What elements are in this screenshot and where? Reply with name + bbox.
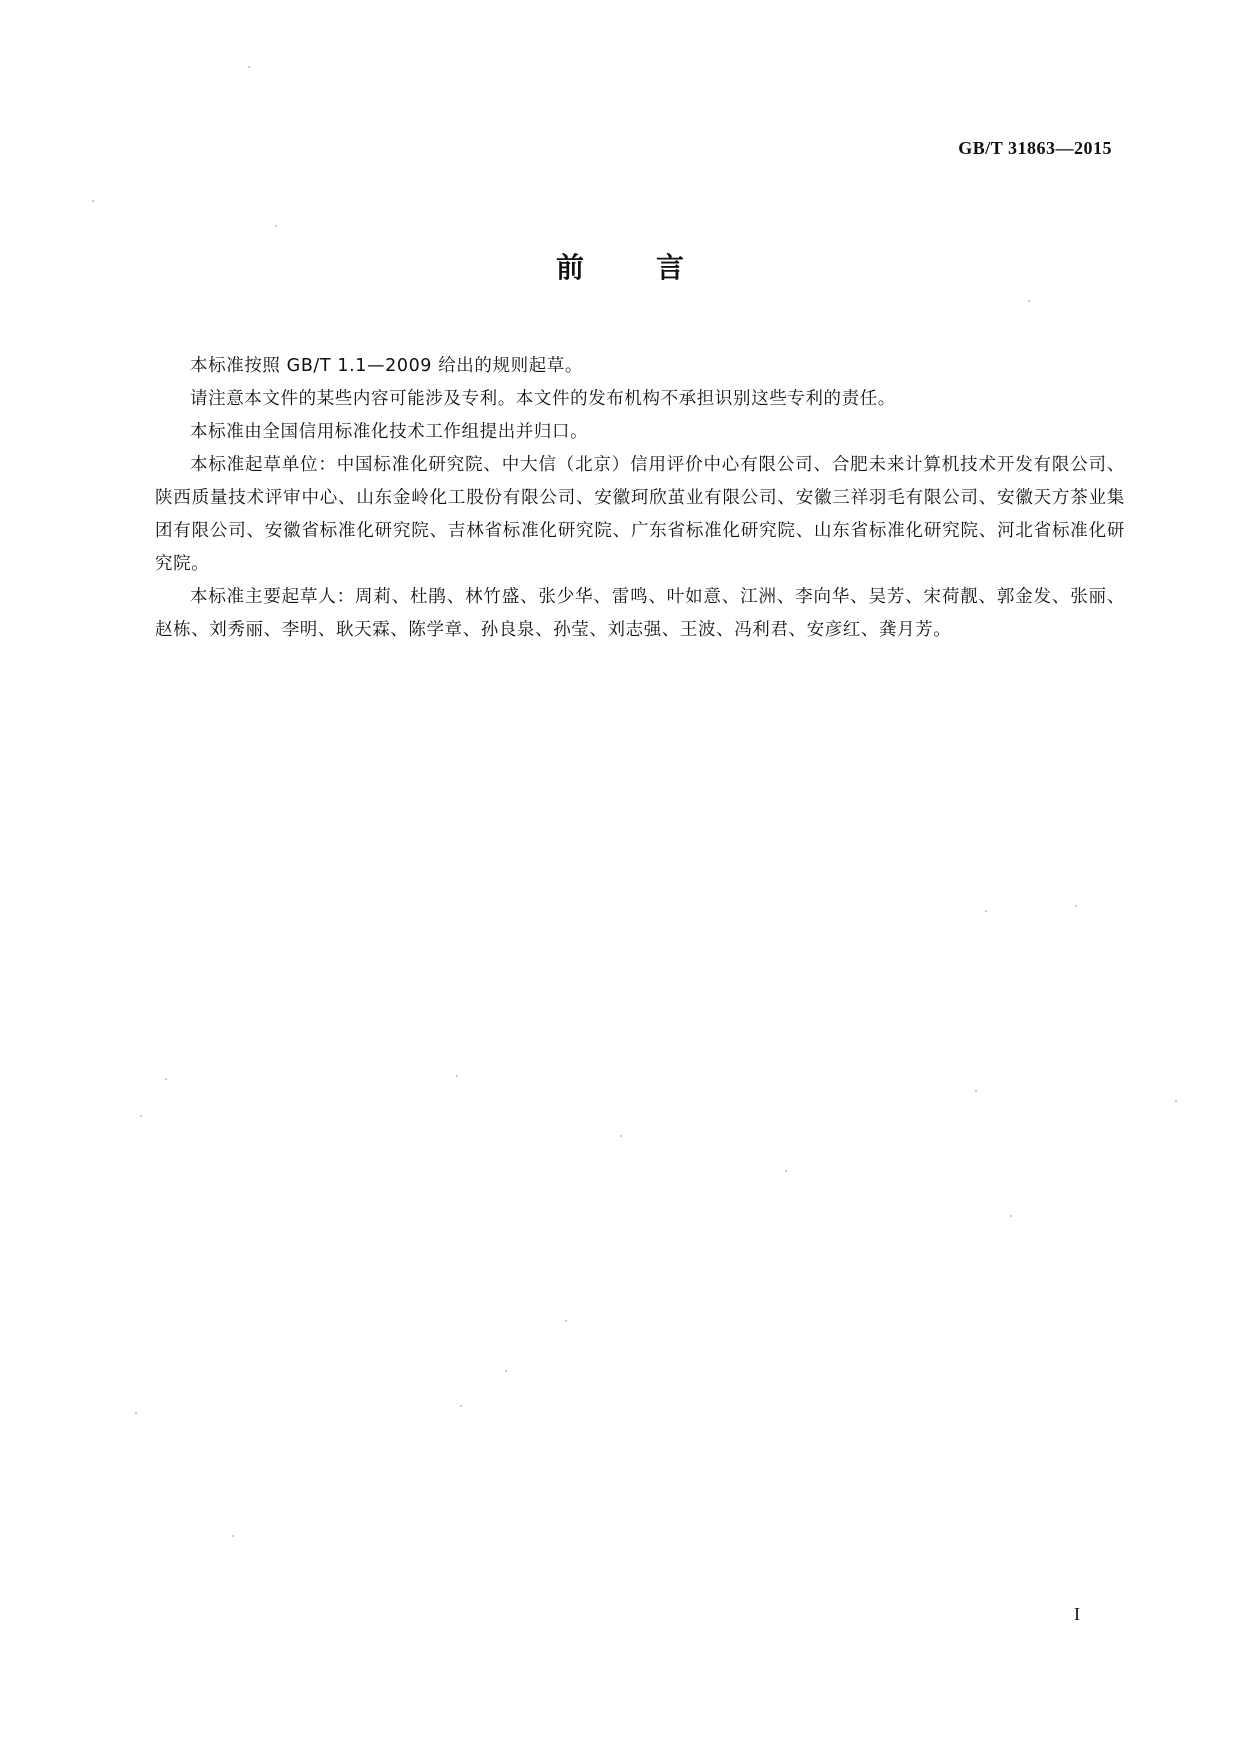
- scan-speck: [620, 1135, 622, 1137]
- scan-speck: [248, 66, 250, 68]
- paragraph-patent-notice: 请注意本文件的某些内容可能涉及专利。本文件的发布机构不承担识别这些专利的责任。: [155, 383, 1125, 416]
- scan-speck: [1010, 1215, 1012, 1217]
- paragraph-proposer: 本标准由全国信用标准化技术工作组提出并归口。: [155, 416, 1125, 449]
- title-char-2: 言: [656, 246, 684, 286]
- scan-speck: [135, 1412, 137, 1414]
- page-title: 前言: [0, 246, 1240, 286]
- scan-speck: [785, 1170, 787, 1172]
- scan-speck: [275, 225, 277, 227]
- scan-speck: [92, 200, 94, 202]
- paragraph-drafting-rules: 本标准按照 GB/T 1.1—2009 给出的规则起草。: [155, 350, 1125, 383]
- scan-speck: [565, 1320, 567, 1322]
- paragraph-drafting-units: 本标准起草单位：中国标准化研究院、中大信（北京）信用评价中心有限公司、合肥未来计…: [155, 449, 1125, 581]
- scan-speck: [1075, 905, 1077, 907]
- scan-speck: [165, 1078, 167, 1080]
- scan-speck: [456, 1075, 458, 1077]
- scan-speck: [140, 1115, 142, 1117]
- title-char-1: 前: [556, 246, 584, 286]
- page-number: I: [1074, 1604, 1080, 1625]
- document-body: 本标准按照 GB/T 1.1—2009 给出的规则起草。 请注意本文件的某些内容…: [155, 350, 1125, 647]
- standard-code: GB/T 31863—2015: [958, 138, 1112, 159]
- scan-speck: [1028, 300, 1030, 302]
- scan-speck: [1175, 1100, 1177, 1102]
- scan-speck: [975, 1090, 977, 1092]
- scan-speck: [460, 1405, 462, 1407]
- scan-speck: [232, 1535, 234, 1537]
- scan-speck: [505, 1370, 507, 1372]
- scan-speck: [985, 910, 987, 912]
- paragraph-drafters: 本标准主要起草人：周莉、杜鹃、林竹盛、张少华、雷鸣、叶如意、江洲、李向华、吴芳、…: [155, 581, 1125, 647]
